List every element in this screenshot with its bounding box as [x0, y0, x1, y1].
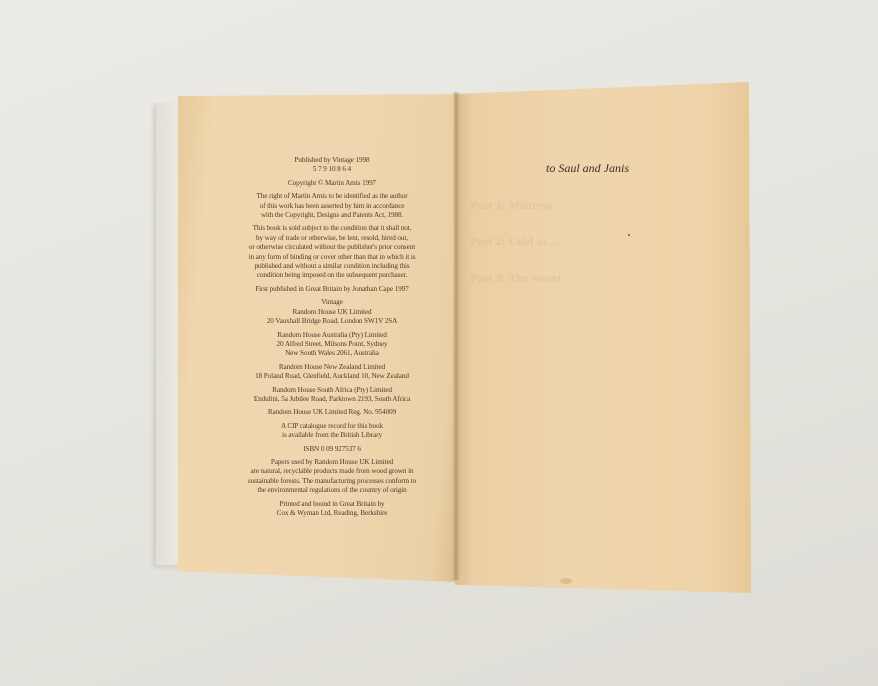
imprint-line: published and without a similar conditio…	[232, 262, 432, 271]
paper-stain	[560, 578, 572, 584]
imprint-line: Printed and bound in Great Britain by	[232, 500, 432, 509]
imprint-paragraph: First published in Great Britain by Jona…	[232, 285, 432, 294]
imprint-paragraph: This book is sold subject to the conditi…	[232, 224, 432, 280]
imprint-line: with the Copyright, Designs and Patents …	[232, 211, 432, 220]
show-through-line: Part 3: The Sweet	[470, 271, 561, 286]
imprint-line: or otherwise circulated without the publ…	[232, 243, 432, 252]
imprint-line: of this work has been asserted by him in…	[232, 202, 432, 211]
imprint-paragraph: VintageRandom House UK Limited20 Vauxhal…	[232, 298, 432, 326]
imprint-line: 20 Vauxhall Bridge Road, London SW1V 2SA	[232, 317, 432, 326]
imprint-paragraph: Printed and bound in Great Britain byCox…	[232, 500, 432, 519]
imprint-line: are natural, recyclable products made fr…	[232, 467, 432, 476]
imprint-paragraph: Random House UK Limited Reg. No. 954009	[232, 408, 432, 417]
imprint-line: condition being imposed on the subsequen…	[232, 271, 432, 280]
photo-scene: Published by Vintage 19985 7 9 10 8 6 4C…	[0, 0, 878, 686]
imprint-paragraph: Random House Australia (Pty) Limited20 A…	[232, 331, 432, 359]
imprint-line: ISBN 0 09 927537 6	[232, 445, 432, 454]
imprint-line: Published by Vintage 1998	[232, 156, 432, 165]
imprint-paragraph: Papers used by Random House UK Limitedar…	[232, 458, 432, 496]
paper-speck	[628, 234, 630, 236]
imprint-line: Random House UK Limited	[232, 308, 432, 317]
show-through-line: Part 1: Mistress	[470, 198, 552, 213]
imprint-line: Papers used by Random House UK Limited	[232, 458, 432, 467]
imprint-paragraph: Copyright © Martin Amis 1997	[232, 179, 432, 188]
imprint-line: Random House UK Limited Reg. No. 954009	[232, 408, 432, 417]
imprint-line: Endulini, 5a Jubilee Road, Parktown 2193…	[232, 395, 432, 404]
imprint-line: 20 Alfred Street, Milsons Point, Sydney	[232, 340, 432, 349]
imprint-paragraph: Published by Vintage 19985 7 9 10 8 6 4	[232, 156, 432, 175]
imprint-line: Random House South Africa (Pty) Limited	[232, 386, 432, 395]
imprint-line: 18 Poland Road, Glenfield, Auckland 10, …	[232, 372, 432, 381]
imprint-line: in any form of binding or cover other th…	[232, 253, 432, 262]
imprint-paragraph: Random House New Zealand Limited18 Polan…	[232, 363, 432, 382]
imprint-line: by way of trade or otherwise, be lent, r…	[232, 234, 432, 243]
imprint-line: 5 7 9 10 8 6 4	[232, 165, 432, 174]
imprint-line: The right of Martin Amis to be identifie…	[232, 192, 432, 201]
imprint-line: Random House New Zealand Limited	[232, 363, 432, 372]
dedication-text: to Saul and Janis	[546, 161, 629, 176]
copyright-imprint: Published by Vintage 19985 7 9 10 8 6 4C…	[232, 156, 432, 522]
book-gutter	[452, 92, 460, 580]
imprint-line: Vintage	[232, 298, 432, 307]
imprint-line: is available from the British Library	[232, 431, 432, 440]
show-through-line: Part 2: Cold as ...	[470, 234, 559, 249]
imprint-paragraph: The right of Martin Amis to be identifie…	[232, 192, 432, 220]
imprint-line: A CIP catalogue record for this book	[232, 422, 432, 431]
imprint-line: the environmental regulations of the cou…	[232, 486, 432, 495]
imprint-line: Copyright © Martin Amis 1997	[232, 179, 432, 188]
imprint-line: First published in Great Britain by Jona…	[232, 285, 432, 294]
imprint-line: sustainable forests. The manufacturing p…	[232, 477, 432, 486]
imprint-paragraph: ISBN 0 09 927537 6	[232, 445, 432, 454]
imprint-line: New South Wales 2061, Australia	[232, 349, 432, 358]
imprint-paragraph: A CIP catalogue record for this bookis a…	[232, 422, 432, 441]
dedication-page	[455, 82, 751, 593]
imprint-paragraph: Random House South Africa (Pty) LimitedE…	[232, 386, 432, 405]
imprint-line: This book is sold subject to the conditi…	[232, 224, 432, 233]
imprint-line: Random House Australia (Pty) Limited	[232, 331, 432, 340]
imprint-line: Cox & Wyman Ltd, Reading, Berkshire	[232, 509, 432, 518]
